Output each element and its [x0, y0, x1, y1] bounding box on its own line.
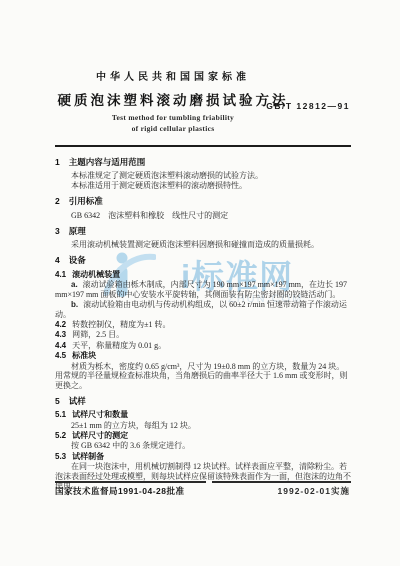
referenced-standard: GB 6342 泡沫塑料和橡胶 线性尺寸的测定 [55, 211, 352, 220]
paragraph: 采用滚动机械装置测定硬质泡沫塑料因磨损和碰撞而造成的质量损耗。 [55, 240, 352, 249]
section-2-heading: 2引用标准 [55, 196, 352, 206]
clause-5-1-text: 25±1 mm 的立方块，每组为 12 块。 [55, 421, 352, 430]
clause-4-1-b: b.滚动试验箱由电动机与传动机构组成，以 60±2 r/min 恒速带动箱子作滚… [55, 300, 352, 319]
clause-4-3: 4.3网筛，2.5 目。 [55, 330, 352, 339]
standard-number: GB/T 12812—91 [266, 101, 350, 111]
header-rule [55, 145, 351, 147]
clause-4-1: 4.1滚动机械装置 [55, 270, 352, 279]
document-body: 1主题内容与适用范围 本标准规定了测定硬质泡沫塑料滚动磨损的试验方法。 本标准适… [55, 151, 352, 492]
clause-4-4: 4.4天平，称量精度为 0.01 g。 [55, 341, 352, 350]
document-title-cn: 硬质泡沫塑料滚动磨损试验方法 [43, 89, 303, 109]
clause-4-5: 4.5标准块 [55, 351, 352, 360]
clause-5-2: 5.2试样尺寸的测定 [55, 431, 352, 440]
section-3-heading: 3原理 [55, 226, 352, 236]
clause-4-5-text: 材质为栎木，密度约 0.65 g/cm³，尺寸为 19±0.8 mm 的立方块，… [55, 362, 352, 390]
section-4-heading: 4设备 [55, 255, 352, 265]
clause-5-1: 5.1试样尺寸和数量 [55, 410, 352, 419]
clause-4-1-a: a.滚动试验箱由栎木制成，内部尺寸为 190 mm×197 mm×197 mm，… [55, 280, 352, 299]
document-title-en-line2: of rigid cellular plastics [53, 124, 293, 133]
section-1-heading: 1主题内容与适用范围 [55, 157, 352, 167]
document-title-en-line1: Test method for tumbling friability [53, 113, 293, 122]
standard-document-page: i标准网 ZHUN.COM 中华人民共和国国家标准 硬质泡沫塑料滚动磨损试验方法… [0, 0, 400, 566]
paragraph: 本标准适用于测定硬质泡沫塑料的滚动磨损特性。 [55, 181, 352, 190]
clause-5-2-text: 按 GB 6342 中的 3.6 条规定进行。 [55, 441, 352, 450]
issuing-org-line: 中华人民共和国国家标准 [53, 68, 293, 83]
clause-5-3: 5.3试样制备 [55, 452, 352, 461]
section-5-heading: 5试样 [55, 396, 352, 406]
clause-5-3-text: 在同一块泡沫中，用机械切割制得 12 块试样。试样表面应平整，清除粉尘。若泡沫表… [55, 462, 352, 490]
clause-4-2: 4.2转数控制仪，精度为±1 转。 [55, 320, 352, 329]
paragraph: 本标准规定了测定硬质泡沫塑料滚动磨损的试验方法。 [55, 171, 352, 180]
